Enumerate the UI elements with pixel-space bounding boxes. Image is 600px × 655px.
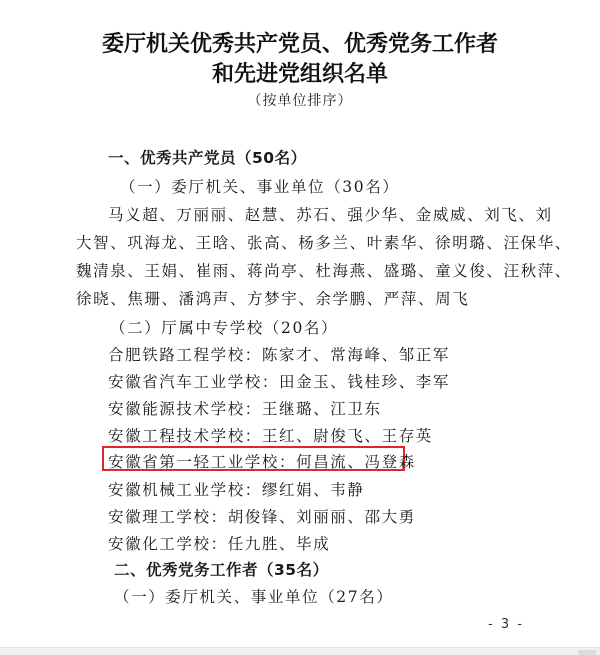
document-subtitle: （按单位排序）: [0, 90, 600, 110]
school-entry: 安徽机械工业学校：缪红娟、韦静: [108, 478, 365, 500]
page-number: - 3 -: [488, 617, 524, 632]
scrollbar-thumb[interactable]: [578, 650, 596, 655]
document-page: 委厅机关优秀共产党员、优秀党务工作者 和先进党组织名单 （按单位排序） 一、优秀…: [0, 0, 600, 647]
document-title-line-1: 委厅机关优秀共产党员、优秀党务工作者: [0, 27, 600, 58]
school-entry-highlighted: 安徽省第一轻工业学校：何昌流、冯登森: [108, 450, 416, 472]
name-list-line: 徐晓、焦珊、潘鸿声、方梦宇、余学鹏、严萍、周飞: [76, 287, 469, 309]
name-list-line: 大智、巩海龙、王晗、张高、杨多兰、叶素华、徐明璐、汪保华、: [76, 231, 572, 253]
name-list-line: 马义超、万丽丽、赵慧、苏石、强少华、金威威、刘飞、刘: [108, 203, 553, 225]
name-list-line: 魏清泉、王娟、崔雨、蒋尚亭、杜海燕、盛璐、童义俊、汪秋萍、: [76, 259, 572, 281]
section-1-sub-2-heading: （二）厅属中专学校（20名）: [110, 316, 338, 338]
section-2-heading: 二、优秀党务工作者（35名）: [114, 558, 329, 580]
school-entry: 安徽化工学校：任九胜、毕成: [108, 532, 330, 554]
school-entry: 安徽工程技术学校：王红、尉俊飞、王存英: [108, 424, 433, 446]
section-1-heading: 一、优秀共产党员（50名）: [108, 146, 307, 168]
school-entry: 安徽理工学校：胡俊锋、刘丽丽、邵大勇: [108, 505, 416, 527]
viewer-bottom-bar: [0, 647, 600, 655]
school-entry: 合肥铁路工程学校：陈家才、常海峰、邹正军: [108, 343, 450, 365]
school-entry: 安徽能源技术学校：王继璐、江卫东: [108, 397, 382, 419]
document-title-line-2: 和先进党组织名单: [0, 57, 600, 88]
section-1-sub-1-heading: （一）委厅机关、事业单位（30名）: [120, 175, 399, 197]
school-entry: 安徽省汽车工业学校：田金玉、钱桂珍、李军: [108, 370, 450, 392]
section-2-sub-1-heading: （一）委厅机关、事业单位（27名）: [114, 585, 393, 607]
